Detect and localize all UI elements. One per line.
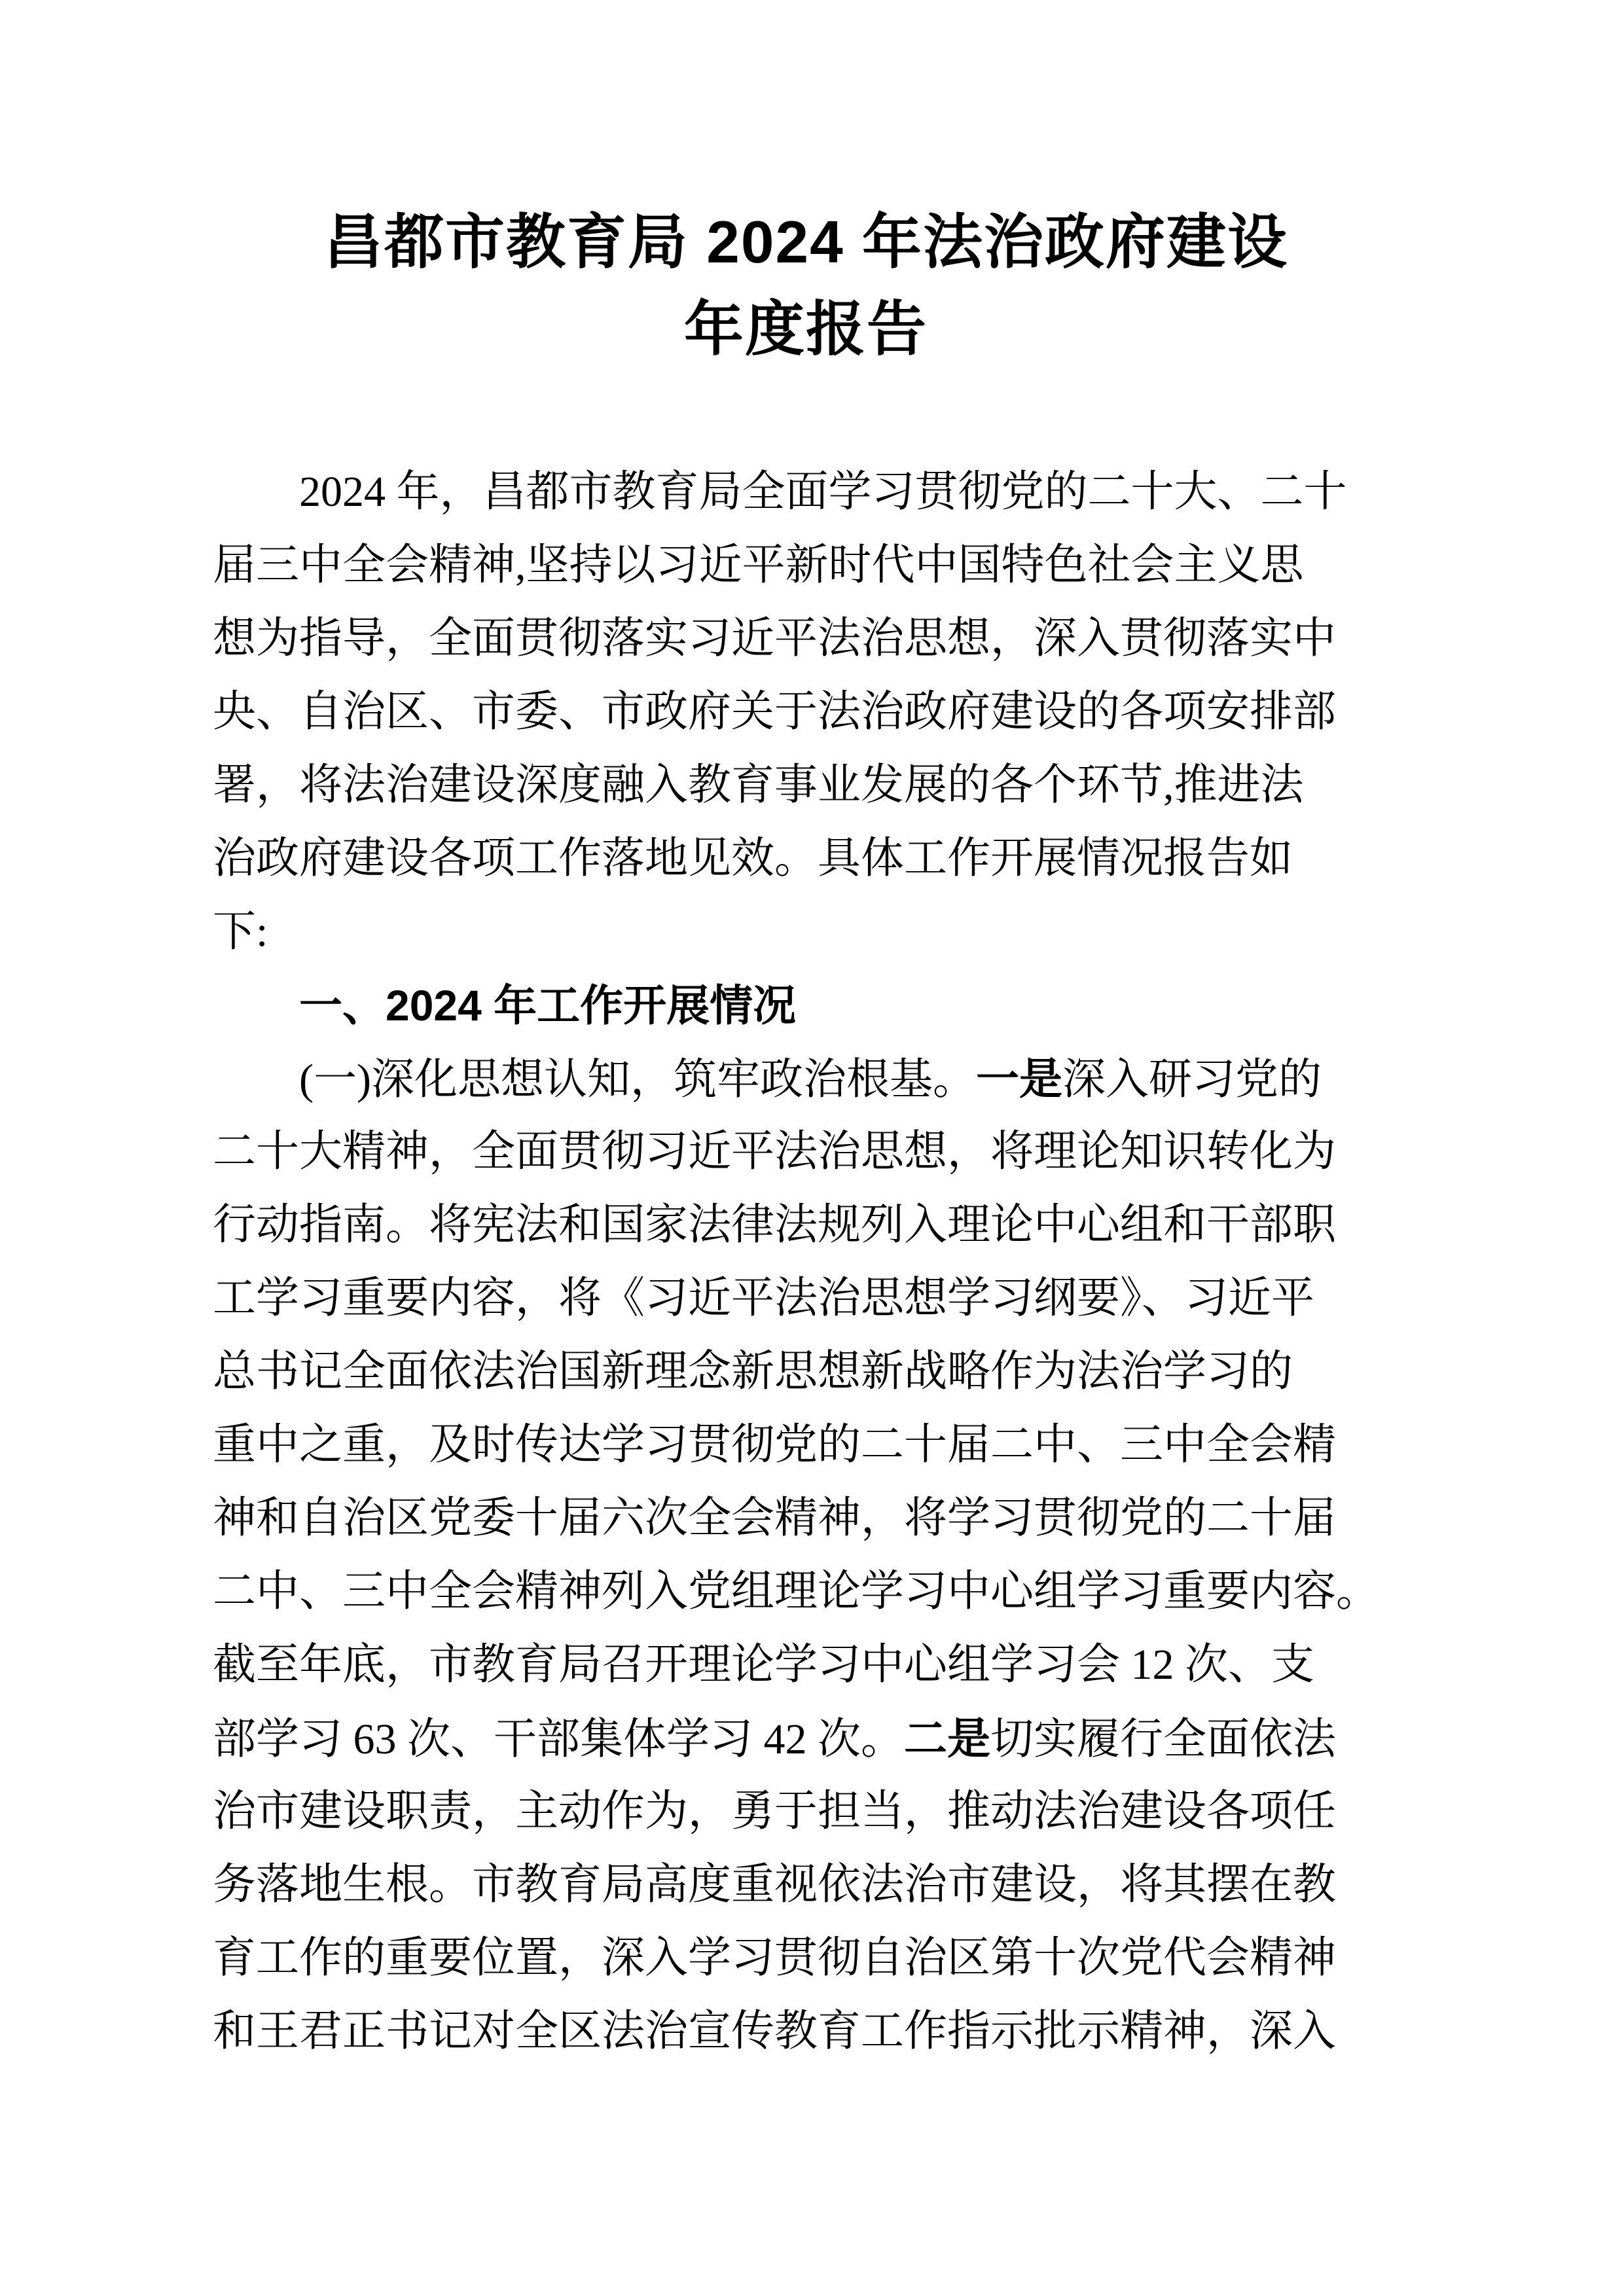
text-line: 育工作的重要位置，深入学习贯彻自治区第十次党代会精神 (213, 1922, 1456, 1995)
text-run: 署，将法治建设深度融入教育事业发展的各个环节,推进法 (213, 761, 1304, 809)
text-run: 育工作的重要位置，深入学习贯彻自治区第十次党代会精神 (213, 1934, 1336, 1982)
text-run: 重中之重，及时传达学习贯彻党的二十届二中、三中全会精 (213, 1421, 1336, 1469)
text-run: 二十大精神，全面贯彻习近平法治思想，将理论知识转化为 (213, 1128, 1336, 1175)
emphasis-text-run: 二是 (904, 1714, 990, 1763)
text-run: 部学习 63 次、干部集体学习 42 次。 (213, 1715, 904, 1763)
text-run: 务落地生根。市教育局高度重视依法治市建设，将其摆在教 (213, 1861, 1336, 1909)
text-run: 工学习重要内容，将《习近平法治思想学习纲要》、习近平 (213, 1274, 1314, 1322)
text-line: 治政府建设各项工作落地见效。具体工作开展情况报告如 (213, 822, 1456, 895)
text-line: 务落地生根。市教育局高度重视依法治市建设，将其摆在教 (213, 1848, 1456, 1922)
text-run: 深入研习党的 (1062, 1056, 1322, 1103)
text-line: 二十大精神，全面贯彻习近平法治思想，将理论知识转化为 (213, 1115, 1456, 1189)
text-line: 行动指南。将宪法和国家法律法规列入理论中心组和干部职 (213, 1189, 1456, 1262)
text-line: 署，将法治建设深度融入教育事业发展的各个环节,推进法 (213, 749, 1456, 822)
text-line: 治市建设职责，主动作为，勇于担当，推动法治建设各项任 (213, 1775, 1456, 1848)
text-line: 下: (213, 895, 1456, 969)
text-run: 2024 年，昌都市教育局全面学习贯彻党的二十大、二十 (299, 468, 1347, 516)
document-title-line-1: 昌都市教育局 2024 年法治政府建设 (213, 199, 1399, 286)
text-run: 治政府建设各项工作落地见效。具体工作开展情况报告如 (213, 834, 1293, 882)
text-run: 下: (213, 908, 268, 956)
text-run: 神和自治区党委十届六次全会精神，将学习贯彻党的二十届 (213, 1494, 1336, 1542)
section-heading: 一、2024 年工作开展情况 (213, 969, 1456, 1042)
emphasis-text-run: 一是 (976, 1054, 1062, 1103)
document-title: 昌都市教育局 2024 年法治政府建设 年度报告 (213, 199, 1399, 373)
text-line: 二中、三中全会精神列入党组理论学习中心组学习重要内容。 (213, 1555, 1456, 1628)
document-title-line-2: 年度报告 (213, 286, 1399, 373)
text-line: 想为指导，全面贯彻落实习近平法治思想，深入贯彻落实中 (213, 602, 1456, 675)
text-line: 届三中全会精神,坚持以习近平新时代中国特色社会主义思 (213, 529, 1456, 602)
text-line: 央、自治区、市委、市政府关于法治政府建设的各项安排部 (213, 675, 1456, 749)
text-run: 行动指南。将宪法和国家法律法规列入理论中心组和干部职 (213, 1201, 1336, 1249)
text-line: 2024 年，昌都市教育局全面学习贯彻党的二十大、二十 (213, 456, 1456, 529)
text-line: 工学习重要内容，将《习近平法治思想学习纲要》、习近平 (213, 1262, 1456, 1335)
text-run: 二中、三中全会精神列入党组理论学习中心组学习重要内容。 (213, 1568, 1379, 1615)
text-run: 央、自治区、市委、市政府关于法治政府建设的各项安排部 (213, 688, 1336, 736)
text-line: 总书记全面依法治国新理念新思想新战略作为法治学习的 (213, 1335, 1456, 1408)
text-line: 截至年底，市教育局召开理论学习中心组学习会 12 次、支 (213, 1628, 1456, 1702)
text-run: 总书记全面依法治国新理念新思想新战略作为法治学习的 (213, 1348, 1293, 1395)
text-line: 神和自治区党委十届六次全会精神，将学习贯彻党的二十届 (213, 1482, 1456, 1555)
text-line: 部学习 63 次、干部集体学习 42 次。二是切实履行全面依法 (213, 1702, 1456, 1775)
text-run: 切实履行全面依法 (990, 1715, 1336, 1763)
text-run: 截至年底，市教育局召开理论学习中心组学习会 12 次、支 (213, 1641, 1314, 1689)
text-line: 重中之重，及时传达学习贯彻党的二十届二中、三中全会精 (213, 1408, 1456, 1482)
text-run: 想为指导，全面贯彻落实习近平法治思想，深入贯彻落实中 (213, 615, 1336, 662)
text-line: (一)深化思想认知，筑牢政治根基。一是深入研习党的 (213, 1042, 1456, 1115)
emphasis-text-run: 一、2024 年工作开展情况 (299, 981, 796, 1030)
text-run: 届三中全会精神,坚持以习近平新时代中国特色社会主义思 (213, 541, 1304, 589)
text-run: 和王君正书记对全区法治宣传教育工作指示批示精神，深入 (213, 2007, 1336, 2055)
text-run: (一)深化思想认知，筑牢政治根基。 (299, 1056, 976, 1103)
text-line: 和王君正书记对全区法治宣传教育工作指示批示精神，深入 (213, 1995, 1456, 2068)
body-lines: 2024 年，昌都市教育局全面学习贯彻党的二十大、二十届三中全会精神,坚持以习近… (213, 456, 1456, 2068)
document-page: 昌都市教育局 2024 年法治政府建设 年度报告 2024 年，昌都市教育局全面… (0, 0, 1624, 2296)
text-run: 治市建设职责，主动作为，勇于担当，推动法治建设各项任 (213, 1787, 1336, 1835)
